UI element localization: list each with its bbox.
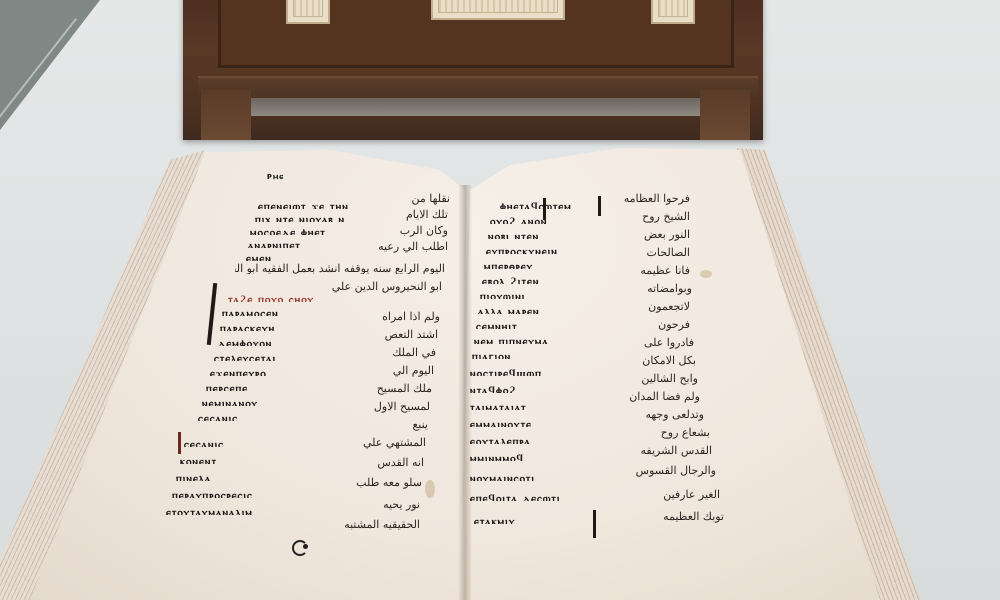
arabic-line: اشتد التعص: [368, 328, 438, 340]
arabic-line: الحقيقيه المشتبه: [346, 518, 420, 530]
coptic-line: ⲛⲟⲃⲓ ⲛⲧⲉⲛ: [488, 230, 610, 239]
ornament-dot: [303, 544, 308, 549]
coptic-line: ⲟⲩⲟϩ ⲁⲛⲟⲛ: [490, 215, 610, 224]
arabic-line: فادروا على: [624, 336, 694, 348]
coptic-line: ⲇⲉⲙⲫⲟⲩⲟⲛ: [218, 337, 358, 346]
arabic-line: وبوامضاته: [620, 282, 692, 294]
arabic-line: ابو النحيروس الدين علي: [272, 280, 442, 292]
arabic-line: وتدلعى وجهه: [632, 408, 704, 420]
arabic-line: سلو معه طلب: [350, 476, 422, 488]
coptic-line: ⲙⲙⲓⲛⲙⲙⲟϥ: [470, 452, 618, 461]
arabic-line: ولم فضا المدان: [628, 390, 700, 402]
arabic-line: تلك الايام: [378, 208, 448, 220]
arabic-line: بشعاع روح: [640, 426, 710, 438]
open-manuscript: ᴘⲙⲉ ⲉⲡⲉⲛⲉⲓⲱⲧ ϫⲉ ⲧⲏⲛ ⲡⲓⲭ ⲛⲧⲉ ⲛⲓⲟⲩⲁⲃ ⲛ ⲙⲟⲥ…: [0, 0, 1000, 600]
coptic-line: ⲛⲧⲁϥⲫⲟϩ: [470, 384, 612, 393]
coptic-line: ⲡⲓⲟⲩⲱⲓⲛⲓ: [480, 290, 610, 299]
coptic-line: ⲉⲧⲟⲩⲧⲁⲩⲙⲁⲛⲁⲗⲓⲙ: [166, 506, 346, 515]
arabic-line: اطلب الي رعيه: [372, 240, 448, 252]
coptic-line: ⲡⲉⲣⲁⲩⲡⲣⲟⲥⲣⲉⲥⲓⲥ: [172, 489, 342, 498]
arabic-line: انه القدس: [352, 456, 424, 468]
coptic-line: ⲥⲧⲉⲗⲉⲩⲥⲉⲧⲁⲓ: [214, 352, 356, 361]
arabic-line: نقلها من: [380, 192, 450, 204]
arabic-line: نور يحيه: [348, 498, 420, 510]
arabic-line: ملك المسيح: [362, 382, 432, 394]
arabic-line: توبك العظيمه: [650, 510, 724, 522]
coptic-line: ⲉⲩⲡⲣⲟⲥⲕⲩⲛⲉⲓⲛ: [486, 245, 610, 254]
arabic-line: فانا عظيمه: [620, 264, 690, 276]
arabic-line: اليوم الي: [364, 364, 434, 376]
coptic-line: ⲙⲟⲥⲟⲉⲇⲉ ⲫⲏⲉⲧ: [250, 226, 365, 235]
coptic-line: ⲥⲉⲥⲁⲛⲓⲥ: [184, 438, 344, 447]
coptic-line: ⲉⲙⲉⲛ: [246, 252, 306, 261]
coptic-line: ⲉϫⲉⲛⲡⲉⲩⲣⲟ: [210, 367, 354, 376]
parchment-stain: [700, 270, 712, 278]
vertical-stroke: [593, 510, 596, 538]
coptic-line: ⲁⲛⲁⲣⲛⲓⲡⲉⲧ: [248, 239, 360, 248]
coptic-line: ⲉⲡⲉϥⲟⲓⲧⲁ ⲇⲉⲥⲱⲧⲓ: [470, 492, 625, 501]
arabic-line: فرحوا العظامه: [618, 192, 690, 204]
arabic-line: الشيخ روح: [620, 210, 690, 222]
coptic-line: ⲉⲡⲉⲛⲉⲓⲱⲧ ϫⲉ ⲧⲏⲛ: [258, 200, 378, 209]
arabic-line: بكل الامكان: [626, 354, 696, 366]
coptic-line: ⲉⲙⲙⲁⲓⲛⲟⲩⲧⲉ: [470, 418, 616, 427]
folio-number: ᴘⲙⲉ: [267, 172, 284, 182]
arabic-line: القدس الشريفه: [640, 444, 712, 456]
arabic-line: ولم اذا امراه: [370, 310, 440, 322]
arabic-line: فرحون: [624, 318, 690, 330]
coptic-line: ⲙⲡⲉⲣⲑⲣⲉⲩ: [484, 260, 610, 269]
coptic-line: ⲡⲁⲣⲁⲥⲕⲉⲩⲏ: [220, 322, 360, 331]
arabic-line: لمسيح الاول: [360, 400, 430, 412]
coptic-line: ⲛⲉⲙ ⲡⲓⲡⲛⲉⲩⲙⲁ: [474, 335, 610, 344]
museum-display-scene: ᴘⲙⲉ ⲉⲡⲉⲛⲉⲓⲱⲧ ϫⲉ ⲧⲏⲛ ⲡⲓⲭ ⲛⲧⲉ ⲛⲓⲟⲩⲁⲃ ⲛ ⲙⲟⲥ…: [0, 0, 1000, 600]
initial-stroke-red: [178, 432, 181, 454]
arabic-line: والرجال القسوس: [640, 464, 716, 476]
red-rubric: ⲧⲁϩⲉ ⲡⲟⲩⲟ ⲥⲏⲟⲩ: [228, 293, 368, 302]
vertical-stroke: [598, 196, 601, 216]
arabic-line: لاتجعمون: [624, 300, 690, 312]
coptic-line: ⲛⲟⲥⲧⲓⲣⲉϥϣⲱⲡ: [470, 367, 610, 376]
arabic-line: في الملك: [366, 346, 436, 358]
arabic-line: النور بعض: [620, 228, 690, 240]
arabic-line: وابح الشالين: [626, 372, 698, 384]
coptic-line: ⲕⲟⲛⲉⲛⲧ: [180, 455, 340, 464]
coptic-line: ⲥⲉⲥⲁⲛⲓⲥ: [198, 412, 346, 421]
arabic-line: الصالحات: [620, 246, 690, 258]
arabic-line: الغير عارفين: [646, 488, 720, 500]
coptic-line: ⲁⲗⲗⲁ ⲙⲁⲣⲉⲛ: [478, 305, 610, 314]
coptic-line: ⲛⲉⲙⲓⲛⲁⲛⲟⲩ: [202, 397, 348, 406]
coptic-line: ⲡⲓⲛⲉⲗⲁ: [176, 472, 336, 481]
coptic-line: ⲡⲓⲁⲅⲓⲟⲛ: [472, 350, 610, 359]
coptic-line: ⲉⲃⲟⲗ ϩⲓⲧⲉⲛ: [482, 275, 610, 284]
arabic-line: اليوم الرابع سنه يوقفه انشد بعمل الفقيه …: [235, 262, 445, 274]
coptic-line: ⲧⲁⲓⲙⲁⲧⲁⲓⲁⲧ: [470, 401, 614, 410]
coptic-line: ⲥⲉⲙⲛⲏⲓⲧ: [476, 320, 610, 329]
coptic-line: ⲛⲟⲩⲙⲁⲓⲛⲥⲟⲧⲓ: [470, 472, 620, 481]
arabic-line: المشتهي علي: [354, 436, 426, 448]
coptic-line: ⲡⲓⲭ ⲛⲧⲉ ⲛⲓⲟⲩⲁⲃ ⲛ: [255, 213, 373, 222]
arabic-line: وكان الرب: [376, 224, 448, 236]
parchment-stain: [425, 480, 435, 498]
coptic-line: ⲡⲁⲣⲁⲙⲟⲥⲉⲛ: [222, 307, 362, 316]
coptic-line: ⲫⲏⲉⲧⲁϥⲥⲱⲧⲉⲙ: [500, 200, 610, 209]
arabic-line: ينبع: [358, 418, 428, 430]
vertical-stroke: [543, 198, 546, 220]
coptic-line: ⲡⲉⲣⲥⲉⲡⲉ: [206, 382, 352, 391]
coptic-line: ⲉⲟⲩⲧⲁⲗⲉⲡⲣⲁ: [470, 435, 616, 444]
